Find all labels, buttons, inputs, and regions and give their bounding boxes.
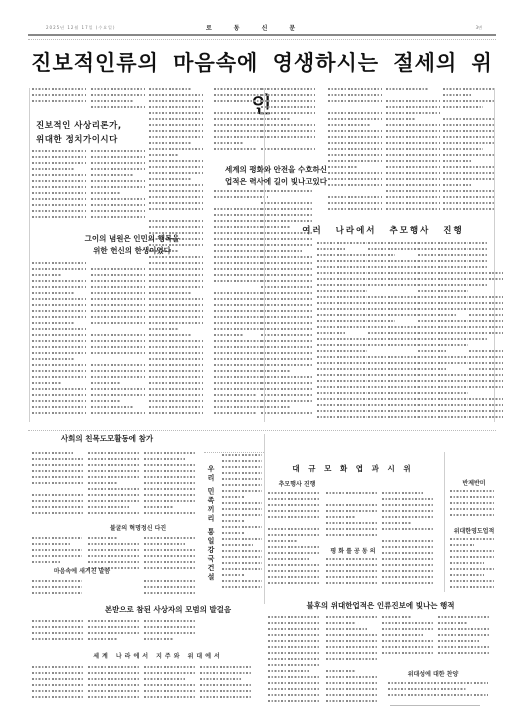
body-text-block <box>32 537 82 567</box>
column-rule <box>444 452 445 592</box>
body-text-block <box>382 492 434 592</box>
top-center-subhead-line2: 업적은 력사에 길이 빛나고있다 <box>206 176 346 188</box>
body-text-block <box>438 616 490 660</box>
body-text-block <box>382 616 434 660</box>
vertical-column-title: 우리 민족끼리 통일강국건설 <box>206 458 216 588</box>
newspaper-page: 2025년 12월 17일 (수요일) 로동신문 3면 진보적인류의 마음속에 … <box>28 22 496 712</box>
body-text-block <box>88 666 140 706</box>
body-text-block <box>268 492 320 592</box>
dotted-divider <box>28 39 496 40</box>
page-number: 3면 <box>476 25 482 31</box>
body-text-block <box>144 452 196 518</box>
body-text-block <box>450 490 494 524</box>
block-divider <box>204 452 264 453</box>
body-text-block <box>144 580 196 600</box>
body-text-block <box>144 537 196 577</box>
body-text-block <box>326 616 378 708</box>
right-feature-title: 여러 나라에서 추모행사 진행 <box>278 224 488 238</box>
body-text-block <box>32 150 86 222</box>
body-text-block <box>91 262 145 422</box>
body-text-block <box>326 558 378 592</box>
body-text-block <box>222 454 262 594</box>
bottom-left-section-title: 세계 나라에서 지주와 위대에서 <box>58 652 258 661</box>
bottom-left-title: 사회의 친목도모활동에 참가 <box>32 433 182 445</box>
bottom-right-sub2: 위대한영도업적 <box>453 527 495 536</box>
body-text-block <box>200 666 252 706</box>
top-left-subhead-line1: 진보적인 사상리론가, <box>36 119 146 133</box>
bottom-center-title: 대 규 모 화 엽 과 시 위 <box>268 463 438 475</box>
body-text-block <box>32 262 86 422</box>
column-rule <box>264 434 265 604</box>
section-divider <box>28 430 496 431</box>
body-text-block <box>268 616 320 708</box>
body-text-block <box>450 538 494 592</box>
body-text-block <box>88 452 140 518</box>
bottom-feature-title: 불후의 위대한업적은 인류진보에 빛나는 행적 <box>268 600 493 612</box>
body-text-block <box>328 88 382 218</box>
body-text-block <box>32 666 84 706</box>
bottom-left-sub1: 불굴의 혁명정신 다진 <box>88 524 188 533</box>
body-text-block <box>386 88 440 218</box>
bottom-center-sub1: 추모행사 진행 <box>272 480 322 489</box>
masthead-rule <box>28 34 496 36</box>
headline-box: 진보적인류의 마음속에 영생하시는 절세의 위인 <box>30 42 494 84</box>
footer-rule <box>390 705 480 706</box>
body-text-block <box>261 88 315 158</box>
body-text-block <box>214 88 268 158</box>
body-text-block <box>317 242 367 422</box>
body-text-block <box>91 150 145 222</box>
body-text-block <box>32 580 82 600</box>
column-rule <box>494 88 495 422</box>
body-text-block <box>144 620 196 648</box>
body-text-block <box>418 242 468 422</box>
mid-left-subhead-line1: 그이의 념원은 인민의 행복을 <box>62 233 202 245</box>
bottom-center-sub2: 평 화 를 공 동 의 <box>328 547 378 556</box>
bottom-right-sub1: 반제반미 <box>453 479 495 488</box>
mid-left-subhead-line2: 위한 헌신의 한생이였다 <box>62 245 202 257</box>
body-text-block <box>32 88 86 110</box>
body-text-block <box>214 190 268 422</box>
bottom-right-footer: 위대성에 대한 찬양 <box>388 670 478 679</box>
body-text-block <box>326 492 378 542</box>
body-text-block <box>443 88 495 218</box>
body-text-block <box>88 620 140 648</box>
column-rule <box>264 88 265 422</box>
bottom-left-banner: 본받으로 참된 사상자의 모범의 발걸음 <box>68 604 268 616</box>
body-text-block <box>469 242 503 422</box>
body-text-block <box>368 242 418 422</box>
body-text-block <box>32 452 84 518</box>
body-text-block <box>388 682 488 704</box>
body-text-block <box>91 88 145 116</box>
top-center-subhead-line1: 세계의 평화와 안전을 수호하신 <box>206 164 346 176</box>
paper-name: 로동신문 <box>206 23 317 32</box>
top-left-subhead-line2: 위대한 정치가이시다 <box>36 133 146 147</box>
body-text-block <box>32 620 84 648</box>
bottom-left-sub2: 마음속에 새겨진 말씀 <box>32 567 132 576</box>
issue-date: 2025년 12월 17일 (수요일) <box>46 25 115 31</box>
column-rule <box>29 88 30 422</box>
body-text-block <box>144 666 196 706</box>
